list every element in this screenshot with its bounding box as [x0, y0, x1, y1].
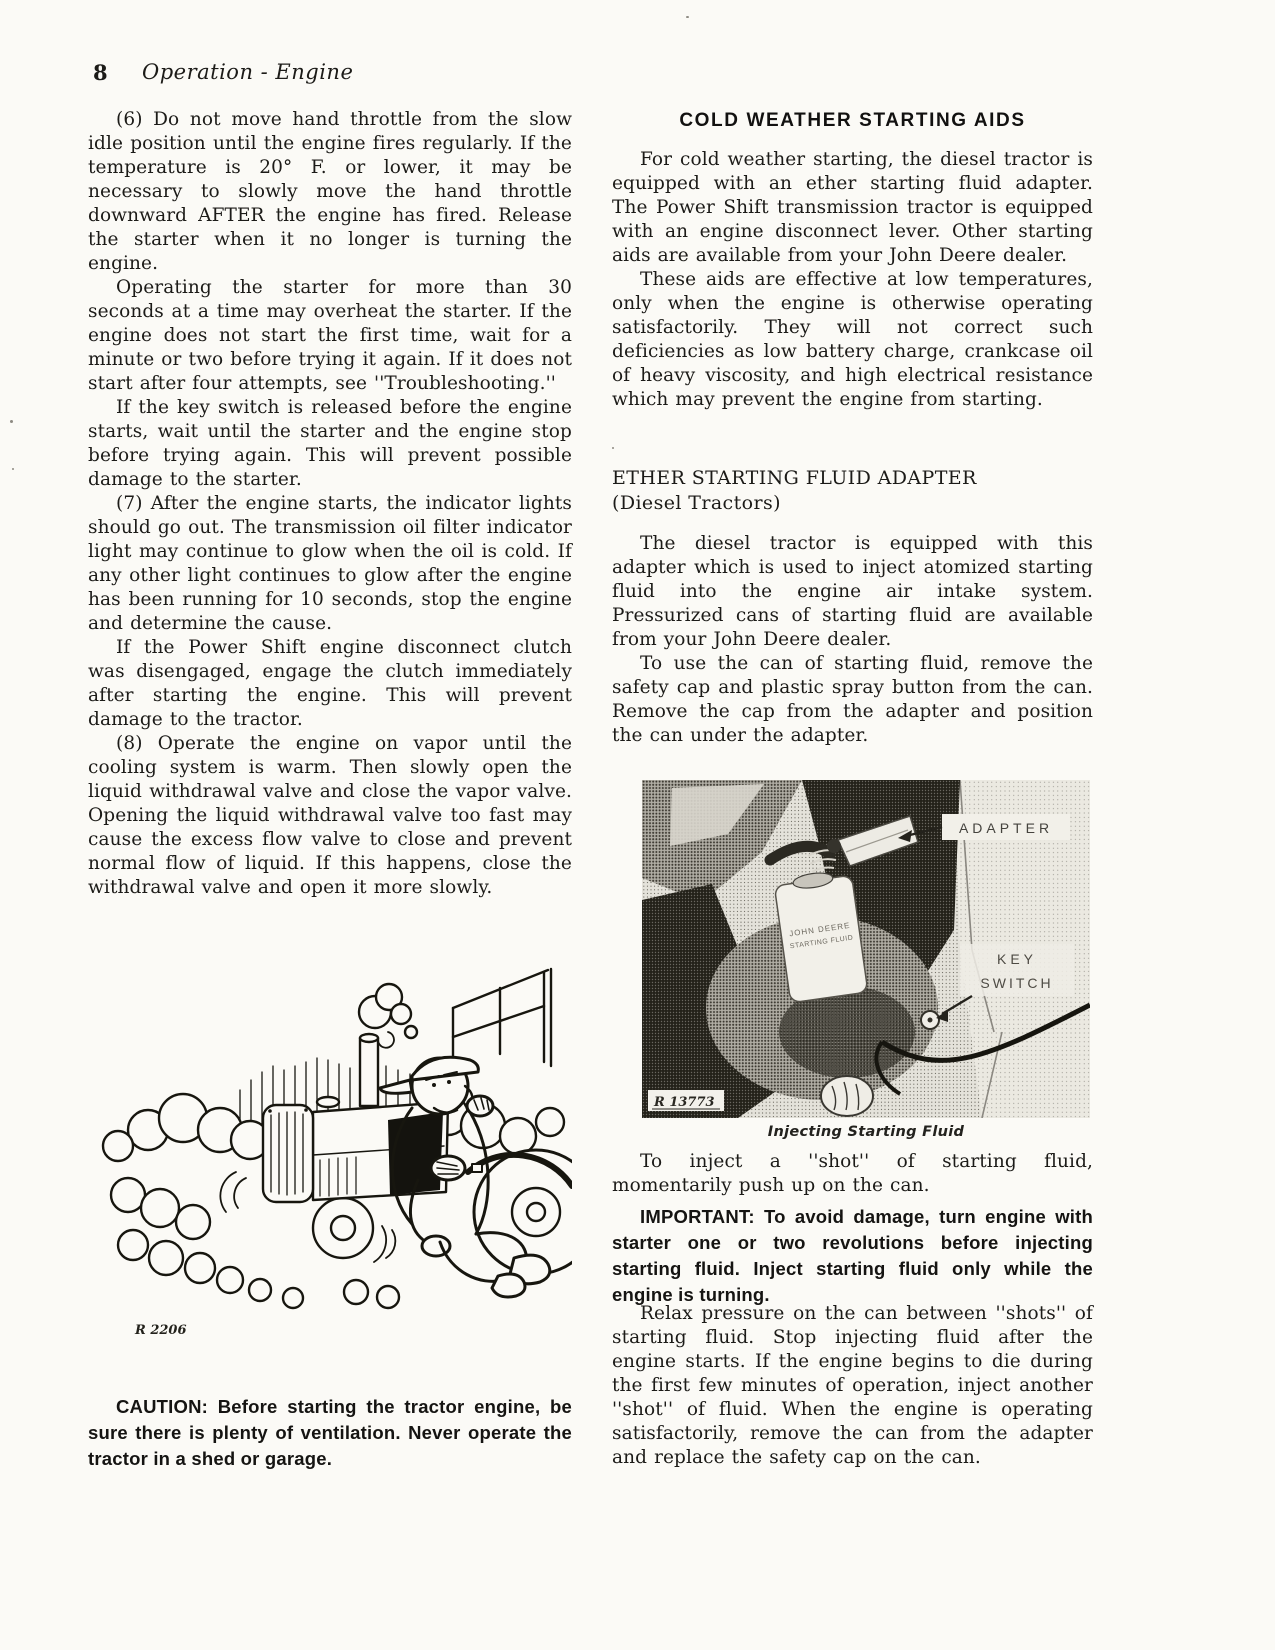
photo-injecting-starting-fluid: JOHN DEERE STARTING FLUID	[642, 780, 1090, 1118]
caution-note: CAUTION: Before starting the tractor eng…	[88, 1394, 572, 1472]
scan-speck	[10, 420, 13, 423]
scan-speck	[12, 468, 14, 470]
paragraph-adapter-1: The diesel tractor is equipped with this…	[612, 532, 1093, 652]
cartoon-drawing: R 2206	[88, 940, 572, 1342]
starting-fluid-can: JOHN DEERE STARTING FLUID	[773, 868, 868, 1003]
manual-page: { "page": { "number": "8", "header_title…	[0, 0, 1275, 1650]
cold-weather-intro: For cold weather starting, the diesel tr…	[612, 148, 1093, 412]
paragraph-adapter-2: To use the can of starting fluid, remove…	[612, 652, 1093, 748]
subheading-title: ETHER STARTING FLUID ADAPTER	[612, 466, 1093, 491]
subheading-note: (Diesel Tractors)	[612, 491, 1093, 516]
paragraph-cold-weather-2: These aids are effective at low temperat…	[612, 268, 1093, 412]
left-body-text: (6) Do not move hand throttle from the s…	[88, 108, 572, 900]
page-title: Operation - Engine	[142, 60, 353, 84]
cartoon-ventilation-illustration: R 2206	[88, 940, 572, 1342]
key-switch-label-line2: SWITCH	[980, 975, 1053, 991]
paragraph-step7: (7) After the engine starts, the indicat…	[88, 492, 572, 636]
section-heading-cold-weather: COLD WEATHER STARTING AIDS	[612, 110, 1093, 132]
glove	[821, 1076, 873, 1116]
adapter-label-text: ADAPTER	[959, 820, 1053, 836]
photo-figure-id: R 13773	[653, 1095, 715, 1110]
paragraph-key-switch: If the key switch is released before the…	[88, 396, 572, 492]
subsection-heading-ether: ETHER STARTING FLUID ADAPTER (Diesel Tra…	[612, 466, 1093, 516]
paragraph-cold-weather-1: For cold weather starting, the diesel tr…	[612, 148, 1093, 268]
page-header: 8 Operation - Engine	[93, 60, 108, 90]
cartoon-figure-id: R 2206	[134, 1323, 187, 1338]
paragraph-step8: (8) Operate the engine on vapor until th…	[88, 732, 572, 900]
window-frame	[453, 969, 551, 1066]
photo-figure-id-tag: R 13773	[648, 1090, 724, 1111]
photo-halftone: JOHN DEERE STARTING FLUID	[642, 780, 1090, 1118]
page-number: 8	[93, 60, 108, 85]
paragraph-relax-pressure: Relax pressure on the can between ''shot…	[612, 1302, 1093, 1470]
paragraph-power-shift: If the Power Shift engine disconnect clu…	[88, 636, 572, 732]
closing-text: Relax pressure on the can between ''shot…	[612, 1302, 1093, 1470]
paragraph-starter-30s: Operating the starter for more than 30 s…	[88, 276, 572, 396]
photo-caption: Injecting Starting Fluid	[642, 1124, 1090, 1140]
ether-adapter-text: The diesel tractor is equipped with this…	[612, 532, 1093, 748]
inject-instruction: To inject a ''shot'' of starting fluid, …	[612, 1150, 1093, 1198]
paragraph-inject-shot: To inject a ''shot'' of starting fluid, …	[612, 1150, 1093, 1198]
important-note: IMPORTANT: To avoid damage, turn engine …	[612, 1204, 1093, 1308]
key-switch-label-line1: KEY	[997, 951, 1037, 967]
paragraph-step6: (6) Do not move hand throttle from the s…	[88, 108, 572, 276]
scan-speck	[612, 447, 614, 449]
scan-speck	[686, 16, 689, 18]
